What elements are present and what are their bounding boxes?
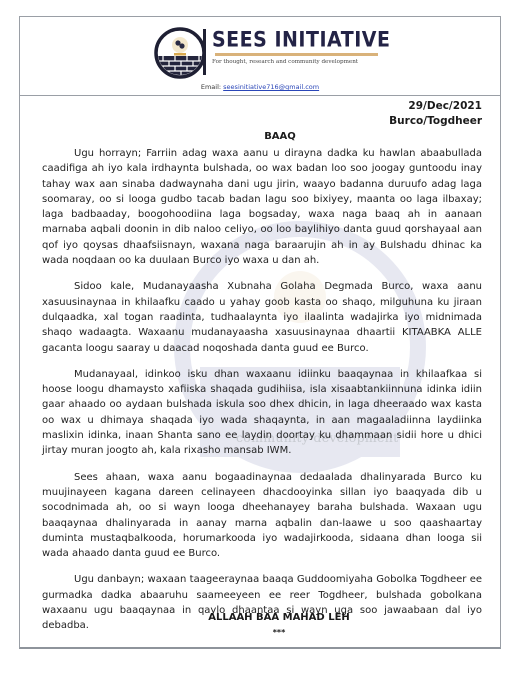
organization-name: SEES INITIATIVE — [212, 28, 390, 52]
paragraph: Ugu danbayn; waxaan taageeraynaa baaqa G… — [42, 572, 482, 633]
date-location-block: 29/Dec/2021 Burco/Togdheer — [389, 99, 482, 129]
document-date: 29/Dec/2021 — [389, 99, 482, 114]
brand-underline — [215, 53, 378, 56]
logo-divider — [203, 29, 206, 75]
paragraph: Sees ahaan, waxa aanu bogaadinaynaa deda… — [42, 470, 482, 562]
paragraph: Ugu horrayn; Farriin adag waxa aanu u di… — [42, 146, 482, 268]
email-line: Email: seesinitiative716@gmail.com — [20, 83, 500, 91]
email-label: Email: — [201, 83, 221, 91]
organization-tagline: For thought, research and community deve… — [212, 59, 358, 65]
header-divider — [20, 95, 500, 96]
paragraph: Mudanayaal, idinkoo isku dhan waxaanu id… — [42, 367, 482, 459]
letterhead-document: SEES INITIATIVE For thought, research an… — [19, 16, 501, 649]
document-body: Ugu horrayn; Farriin adag waxa aanu u di… — [42, 146, 482, 645]
paragraph: Sidoo kale, Mudanayaasha Xubnaha Golaha … — [42, 279, 482, 355]
closing-line: ALLAAH BAA MAHAD LEH — [20, 612, 500, 623]
letterhead-header: SEES INITIATIVE For thought, research an… — [20, 17, 500, 96]
brick-wall-globe-logo-icon — [153, 26, 207, 80]
document-title: BAAQ — [20, 131, 500, 142]
end-marker: *** — [20, 628, 500, 637]
email-link[interactable]: seesinitiative716@gmail.com — [223, 83, 319, 91]
document-location: Burco/Togdheer — [389, 114, 482, 129]
